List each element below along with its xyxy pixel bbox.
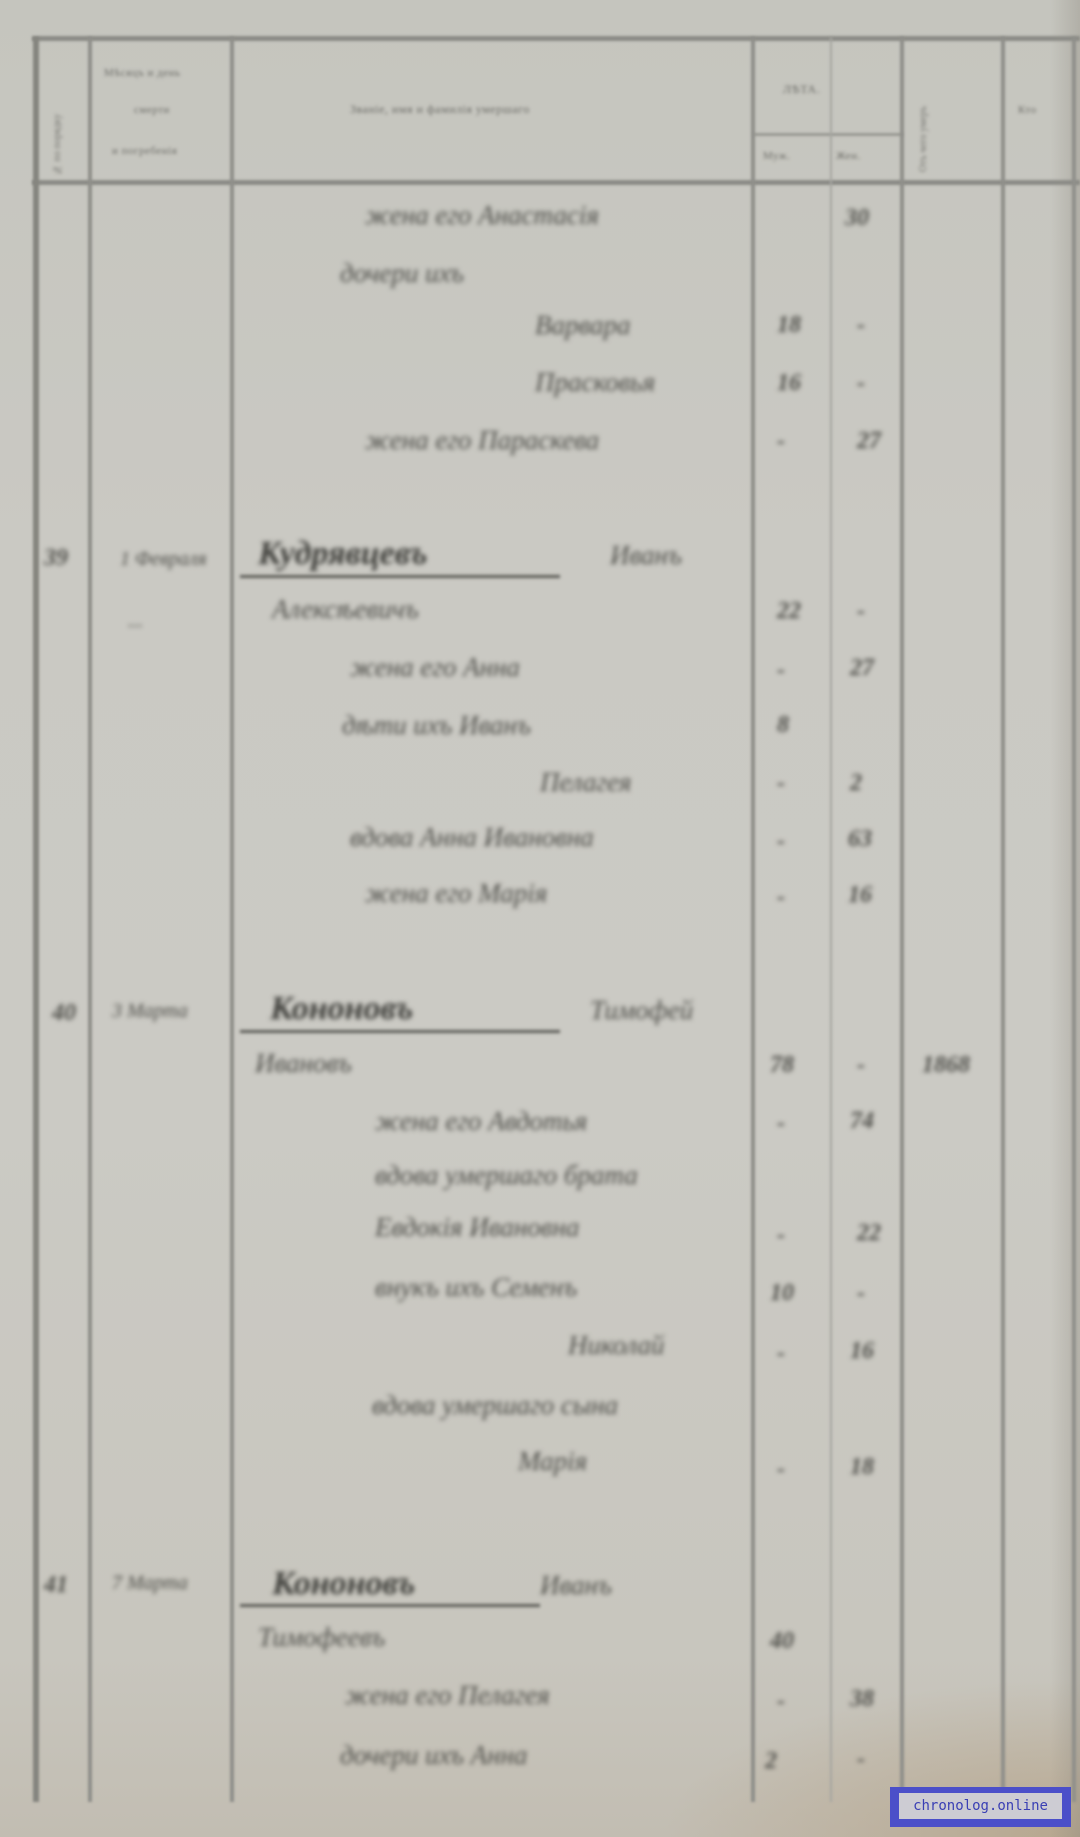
age-female: - <box>857 598 865 625</box>
entry-line: Ивановъ <box>255 1048 352 1079</box>
entry-line: вдова умершаго брата <box>375 1160 638 1191</box>
header-age-female: Жен. <box>836 150 861 162</box>
col-divider-names <box>751 37 755 1802</box>
surname-underline <box>240 1030 560 1033</box>
age-female: 27 <box>857 428 881 455</box>
age-male: 22 <box>777 598 801 625</box>
col-divider-age <box>830 37 832 1802</box>
age-female: 16 <box>848 882 872 909</box>
header-date-line-2: смерти <box>134 104 170 116</box>
col-divider-cause <box>1001 37 1005 1802</box>
entry-date-extra: ... <box>128 610 143 633</box>
age-female: 2 <box>850 770 862 797</box>
entry-line: Алексѣевичъ <box>272 594 419 625</box>
entry-date: 3 Марта <box>112 1000 188 1023</box>
age-male: - <box>777 1222 785 1249</box>
age-female: 22 <box>857 1220 881 1247</box>
entry-date: 1 Февраля <box>120 548 207 571</box>
header-number: № по порядку <box>52 55 63 175</box>
entry-number: 40 <box>52 1000 76 1027</box>
age-female: - <box>857 370 865 397</box>
age-male: 40 <box>770 1628 794 1655</box>
entry-line: дочери ихъ Анна <box>340 1740 527 1771</box>
entry-line: вдова Анна Ивановна <box>350 822 594 853</box>
age-female: 18 <box>850 1454 874 1481</box>
entry-given-name: Иванъ <box>610 540 682 571</box>
entry-line: Тимофеевъ <box>258 1622 385 1653</box>
age-male: 10 <box>770 1280 794 1307</box>
age-female: - <box>857 1280 865 1307</box>
age-female: 30 <box>845 205 869 232</box>
age-female: - <box>857 1052 865 1079</box>
age-male: - <box>777 657 785 684</box>
header-cause: Отъ чего умеръ <box>918 52 929 172</box>
header-age-male: Муж. <box>763 150 790 162</box>
entry-surname: Кудрявцевъ <box>258 535 427 573</box>
table-left-border <box>33 37 39 1802</box>
col-divider-date <box>230 37 234 1802</box>
entry-surname: Кононовъ <box>272 1565 415 1603</box>
watermark-text: chronolog.online <box>899 1793 1062 1819</box>
entry-given-name: Тимофей <box>590 995 693 1026</box>
header-names: Званіе, имя и фамилія умершаго <box>350 102 530 117</box>
entry-line: дочери ихъ <box>340 258 464 289</box>
entry-given-name: Иванъ <box>540 1570 612 1601</box>
entry-line: Варвара <box>535 310 631 341</box>
age-male: 78 <box>770 1052 794 1079</box>
table-top-border <box>32 36 1080 41</box>
entry-line: Евдокія Ивановна <box>375 1212 579 1243</box>
age-male: - <box>777 1340 785 1367</box>
entry-line: Пелагея <box>540 767 631 798</box>
entry-line: жена его Авдотья <box>375 1106 587 1137</box>
entry-number: 39 <box>44 545 68 572</box>
age-female: 74 <box>850 1108 874 1135</box>
age-female: 27 <box>850 655 874 682</box>
entry-line: Николай <box>568 1330 665 1361</box>
age-female: 38 <box>850 1686 874 1713</box>
age-female: 16 <box>850 1338 874 1365</box>
age-female: - <box>857 1746 865 1773</box>
surname-underline <box>240 575 560 578</box>
age-male: 2 <box>765 1748 777 1775</box>
header-date-line-3: и погребенія <box>112 145 177 157</box>
entry-date: 7 Марта <box>112 1572 188 1595</box>
entry-line: жена его Параскева <box>365 425 599 456</box>
entry-line: жена его Анна <box>350 652 520 683</box>
age-male: - <box>777 428 785 455</box>
age-male: - <box>777 1688 785 1715</box>
age-male: - <box>777 1110 785 1137</box>
header-age: ЛѢТА. <box>783 82 820 97</box>
cause-value: 1868 <box>922 1052 970 1079</box>
table-right-border <box>1072 37 1076 1802</box>
surname-underline <box>240 1604 540 1607</box>
entry-number: 41 <box>44 1572 68 1599</box>
entry-line: вдова умершаго сына <box>372 1390 618 1421</box>
header-date-line-1: Мѣсяцъ и день <box>104 67 181 79</box>
entry-line: жена его Анастасія <box>365 200 599 231</box>
age-female: - <box>857 312 865 339</box>
col-divider-age-right <box>900 37 904 1802</box>
page-background <box>0 0 1080 1837</box>
age-male: 8 <box>777 712 789 739</box>
entry-line: жена его Пелагея <box>345 1680 550 1711</box>
entry-line: Марія <box>518 1446 587 1477</box>
col-divider-number <box>88 37 92 1802</box>
age-male: - <box>777 1456 785 1483</box>
header-remarks: Кто <box>1018 104 1037 116</box>
entry-line: жена его Марія <box>365 878 547 909</box>
entry-surname: Кононовъ <box>270 990 413 1028</box>
age-female: 63 <box>848 826 872 853</box>
watermark-badge: chronolog.online <box>890 1787 1071 1827</box>
header-bottom-border <box>32 180 1080 185</box>
age-male: - <box>777 828 785 855</box>
age-male: 18 <box>777 312 801 339</box>
header-age-divider <box>753 133 903 136</box>
age-male: - <box>777 884 785 911</box>
entry-line: Прасковья <box>535 367 655 398</box>
age-male: 16 <box>777 370 801 397</box>
age-male: - <box>777 770 785 797</box>
entry-line: внукъ ихъ Семенъ <box>375 1272 577 1303</box>
entry-line: дѣти ихъ Иванъ <box>342 710 531 741</box>
